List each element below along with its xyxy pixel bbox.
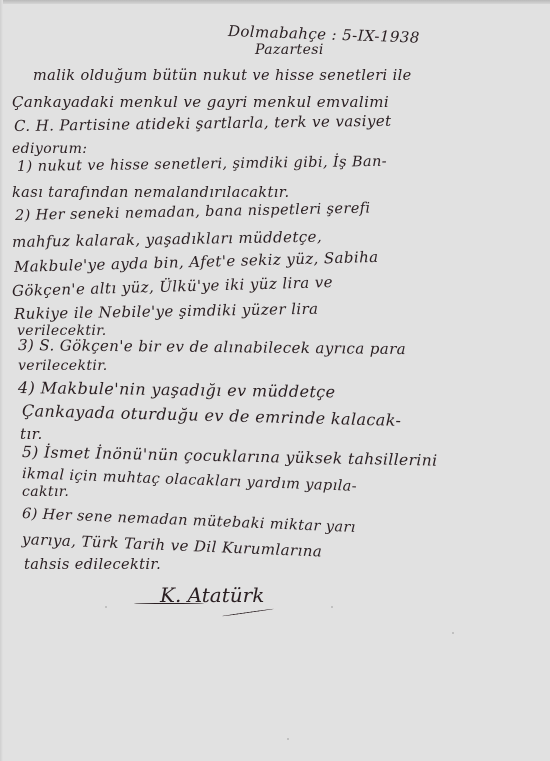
body-line-15: 4) Makbule'nin yaşadığı ev müddetçe (18, 378, 336, 401)
signature-flourish-left (134, 603, 204, 604)
paper-speck (287, 738, 289, 740)
paper-speck (452, 632, 454, 634)
body-line-9: Makbule'ye ayda bin, Afet'e sekiz yüz, S… (14, 248, 379, 276)
paper-speck (331, 606, 333, 608)
body-line-20: caktır. (22, 484, 69, 500)
body-line-13: 3) S. Gökçen'e bir ev de alınabilecek ay… (18, 336, 406, 358)
body-line-22: yarıya, Türk Tarih ve Dil Kurumlarına (22, 530, 323, 561)
body-line-2: Çankayadaki menkul ve gayri menkul emval… (12, 93, 389, 111)
body-line-7: 2) Her seneki nemadan, bana nispetleri ş… (15, 201, 371, 224)
body-line-14: verilecektir. (18, 358, 108, 374)
signature-flourish-right (222, 608, 274, 616)
body-line-17: tır. (20, 425, 43, 443)
body-line-10: Gökçen'e altı yüz, Ülkü'ye iki yüz lira … (12, 273, 333, 300)
body-line-6: kası tarafından nemalandırılacaktır. (12, 185, 289, 201)
body-line-18: 5) İsmet İnönü'nün çocuklarına yüksek ta… (22, 443, 438, 470)
body-line-5: 1) nukut ve hisse senetleri, şimdiki gib… (17, 154, 387, 175)
body-line-11: Rukiye ile Nebile'ye şimdiki yüzer lira (14, 300, 319, 323)
body-line-8: mahfuz kalarak, yaşadıkları müddetçe, (12, 228, 322, 251)
body-line-16: Çankayada oturduğu ev de emrinde kalacak… (22, 401, 402, 430)
handwritten-page: Dolmabahçe : 5-IX-1938 Pazartesi malik o… (0, 0, 550, 761)
body-line-3: C. H. Partisine atideki şartlarla, terk … (14, 112, 392, 135)
header-weekday: Pazartesi (255, 42, 324, 58)
body-line-1: malik olduğum bütün nukut ve hisse senet… (33, 68, 412, 84)
body-line-4: ediyorum: (12, 141, 87, 157)
body-line-19: ikmal için muhtaç olacakları yardım yapı… (22, 466, 358, 495)
paper-speck (105, 606, 107, 608)
body-line-23: tahsis edilecektir. (24, 557, 161, 573)
